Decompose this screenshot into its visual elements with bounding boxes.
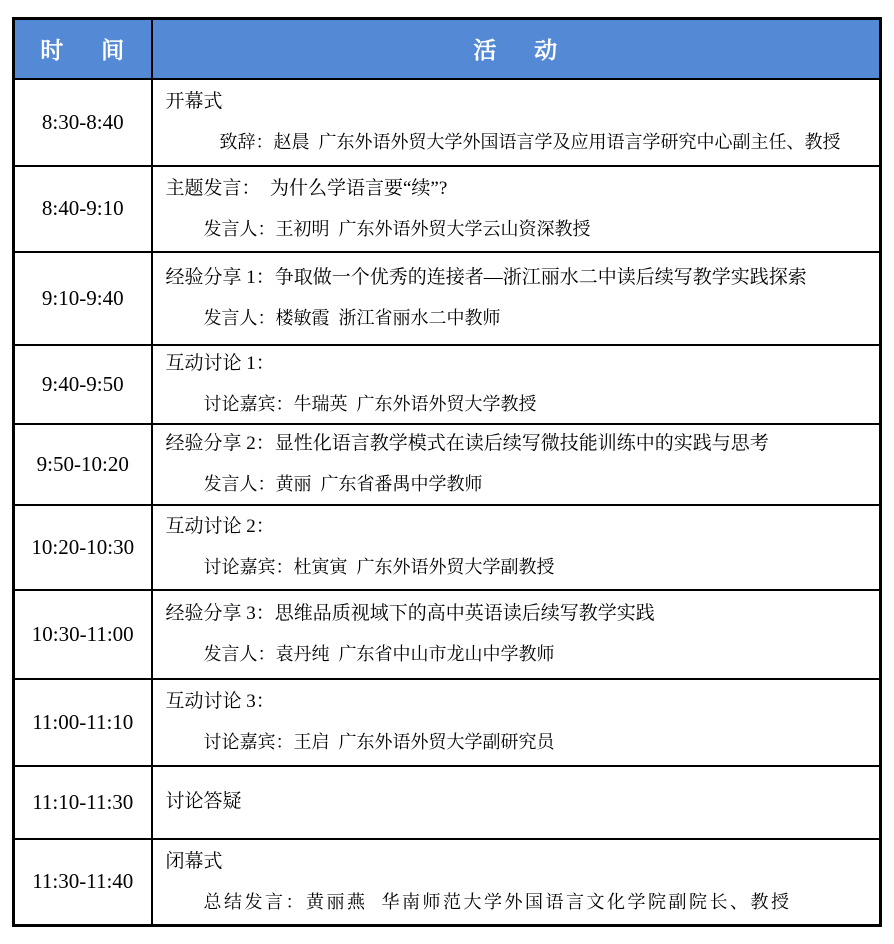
time-cell: 11:10-11:30: [14, 766, 152, 839]
activity-cell: 互动讨论 1： 讨论嘉宾：牛瑞英 广东外语外贸大学教授: [152, 345, 881, 424]
schedule-row: 11:30-11:40 闭幕式 总结发言：黄丽燕 华南师范大学外国语言文化学院副…: [14, 839, 881, 926]
activity-speaker: 致辞：赵晨 广东外语外贸大学外国语言学及应用语言学研究中心副主任、教授: [166, 131, 872, 154]
activity-cell: 讨论答疑: [152, 766, 881, 839]
activity-content: 开幕式 致辞：赵晨 广东外语外贸大学外国语言学及应用语言学研究中心副主任、教授: [153, 84, 880, 159]
activity-content: 经验分享 3：思维品质视域下的高中英语读后续写教学实践 发言人：袁丹纯 广东省中…: [153, 596, 880, 671]
activity-title: 经验分享 3：思维品质视域下的高中英语读后续写教学实践: [166, 602, 872, 626]
activity-title: 开幕式: [166, 90, 872, 114]
activity-speaker: 发言人：袁丹纯 广东省中山市龙山中学教师: [166, 643, 872, 666]
time-column-header: 时 间: [14, 19, 152, 79]
activity-cell: 开幕式 致辞：赵晨 广东外语外贸大学外国语言学及应用语言学研究中心副主任、教授: [152, 79, 881, 166]
time-cell: 8:30-8:40: [14, 79, 152, 166]
activity-cell: 互动讨论 3： 讨论嘉宾：王启 广东外语外贸大学副研究员: [152, 679, 881, 766]
activity-speaker: 讨论嘉宾：杜寅寅 广东外语外贸大学副教授: [166, 556, 872, 579]
activity-title: 互动讨论 3：: [166, 690, 872, 714]
agenda-page: 时 间 活 动 8:30-8:40 开幕式 致辞：赵晨 广东外语外贸大学外国语言…: [0, 0, 894, 944]
activity-speaker: 总结发言：黄丽燕 华南师范大学外国语言文化学院副院长、教授: [166, 891, 872, 914]
activity-content: 互动讨论 3： 讨论嘉宾：王启 广东外语外贸大学副研究员: [153, 684, 880, 759]
activity-content: 互动讨论 1： 讨论嘉宾：牛瑞英 广东外语外贸大学教授: [153, 346, 880, 421]
activity-cell: 经验分享 2：显性化语言教学模式在读后续写微技能训练中的实践与思考 发言人：黄丽…: [152, 424, 881, 505]
activity-title: 经验分享 2：显性化语言教学模式在读后续写微技能训练中的实践与思考: [166, 432, 872, 456]
activity-speaker: 发言人：楼敏霞 浙江省丽水二中教师: [166, 307, 872, 330]
schedule-row: 10:20-10:30 互动讨论 2： 讨论嘉宾：杜寅寅 广东外语外贸大学副教授: [14, 505, 881, 590]
schedule-row: 9:50-10:20 经验分享 2：显性化语言教学模式在读后续写微技能训练中的实…: [14, 424, 881, 505]
activity-title: 闭幕式: [166, 850, 872, 874]
time-cell: 9:10-9:40: [14, 252, 152, 345]
activity-cell: 闭幕式 总结发言：黄丽燕 华南师范大学外国语言文化学院副院长、教授: [152, 839, 881, 926]
activity-column-header: 活 动: [152, 19, 881, 79]
activity-content: 闭幕式 总结发言：黄丽燕 华南师范大学外国语言文化学院副院长、教授: [153, 844, 880, 919]
schedule-row: 10:30-11:00 经验分享 3：思维品质视域下的高中英语读后续写教学实践 …: [14, 590, 881, 679]
schedule-row: 9:10-9:40 经验分享 1：争取做一个优秀的连接者—浙江丽水二中读后续写教…: [14, 252, 881, 345]
activity-content: 互动讨论 2： 讨论嘉宾：杜寅寅 广东外语外贸大学副教授: [153, 509, 880, 584]
activity-speaker: 发言人：王初明 广东外语外贸大学云山资深教授: [166, 218, 872, 241]
activity-speaker: 发言人：黄丽 广东省番禺中学教师: [166, 473, 872, 496]
activity-cell: 经验分享 1：争取做一个优秀的连接者—浙江丽水二中读后续写教学实践探索 发言人：…: [152, 252, 881, 345]
schedule-row: 9:40-9:50 互动讨论 1： 讨论嘉宾：牛瑞英 广东外语外贸大学教授: [14, 345, 881, 424]
agenda-table: 时 间 活 动 8:30-8:40 开幕式 致辞：赵晨 广东外语外贸大学外国语言…: [12, 17, 882, 927]
activity-content: 经验分享 2：显性化语言教学模式在读后续写微技能训练中的实践与思考 发言人：黄丽…: [153, 426, 880, 501]
activity-cell: 互动讨论 2： 讨论嘉宾：杜寅寅 广东外语外贸大学副教授: [152, 505, 881, 590]
time-cell: 10:20-10:30: [14, 505, 152, 590]
schedule-row: 11:00-11:10 互动讨论 3： 讨论嘉宾：王启 广东外语外贸大学副研究员: [14, 679, 881, 766]
activity-speaker: 讨论嘉宾：牛瑞英 广东外语外贸大学教授: [166, 393, 872, 416]
activity-title: 互动讨论 2：: [166, 515, 872, 539]
schedule-row: 8:30-8:40 开幕式 致辞：赵晨 广东外语外贸大学外国语言学及应用语言学研…: [14, 79, 881, 166]
activity-title: 互动讨论 1：: [166, 352, 872, 376]
activity-title: 讨论答疑: [166, 790, 872, 814]
activity-speaker: 讨论嘉宾：王启 广东外语外贸大学副研究员: [166, 731, 872, 754]
activity-content: 经验分享 1：争取做一个优秀的连接者—浙江丽水二中读后续写教学实践探索 发言人：…: [153, 260, 880, 335]
activity-title: 主题发言： 为什么学语言要“续”?: [166, 177, 872, 201]
schedule-row: 11:10-11:30 讨论答疑: [14, 766, 881, 839]
activity-title: 经验分享 1：争取做一个优秀的连接者—浙江丽水二中读后续写教学实践探索: [166, 266, 872, 290]
time-cell: 11:30-11:40: [14, 839, 152, 926]
time-cell: 9:50-10:20: [14, 424, 152, 505]
time-cell: 8:40-9:10: [14, 166, 152, 252]
activity-cell: 主题发言： 为什么学语言要“续”? 发言人：王初明 广东外语外贸大学云山资深教授: [152, 166, 881, 252]
activity-content: 主题发言： 为什么学语言要“续”? 发言人：王初明 广东外语外贸大学云山资深教授: [153, 171, 880, 246]
schedule-row: 8:40-9:10 主题发言： 为什么学语言要“续”? 发言人：王初明 广东外语…: [14, 166, 881, 252]
header-row: 时 间 活 动: [14, 19, 881, 79]
time-cell: 9:40-9:50: [14, 345, 152, 424]
time-cell: 11:00-11:10: [14, 679, 152, 766]
activity-cell: 经验分享 3：思维品质视域下的高中英语读后续写教学实践 发言人：袁丹纯 广东省中…: [152, 590, 881, 679]
activity-content: 讨论答疑: [153, 784, 880, 820]
time-cell: 10:30-11:00: [14, 590, 152, 679]
